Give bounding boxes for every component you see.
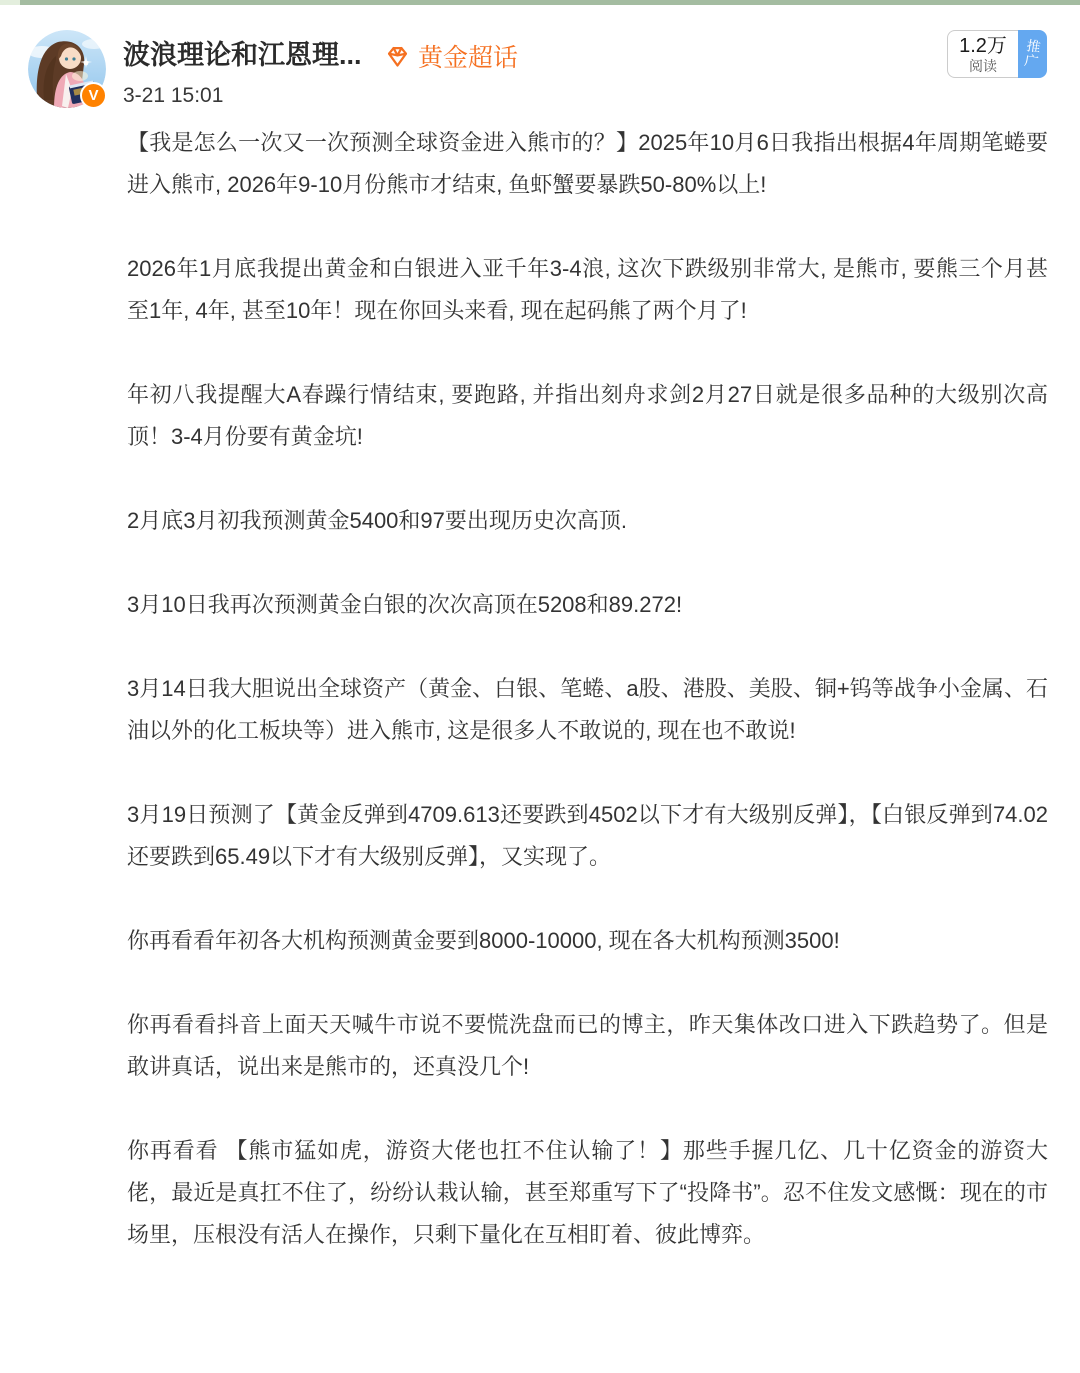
post-paragraph: 2026年1月底我提出黄金和白银进入亚千年3-4浪, 这次下跌级别非常大, 是熊… xyxy=(127,248,1048,332)
post-paragraph: 2月底3月初我预测黄金5400和97要出现历史次高顶. xyxy=(127,500,1048,542)
post-paragraph: 你再看看抖音上面天天喊牛市说不要慌洗盘而已的博主，昨天集体改口进入下跌趋势了。但… xyxy=(127,1004,1048,1088)
supertopic-label: 黄金超话 xyxy=(418,38,518,74)
reads-count: 1.2万 xyxy=(959,35,1007,58)
reads-counter: 1.2万 阅读 xyxy=(947,30,1018,78)
post-paragraph: 3月14日我大胆说出全球资产（黄金、白银、笔蜷、a股、港股、美股、铜+钨等战争小… xyxy=(127,668,1048,752)
post-paragraph: 【我是怎么一次又一次预测全球资金进入熊市的？】2025年10月6日我指出根据4年… xyxy=(127,122,1048,206)
post-paragraph: 你再看看年初各大机构预测黄金要到8000-10000, 现在各大机构预测3500… xyxy=(127,920,1048,962)
post-paragraph: 年初八我提醒大A春躁行情结束, 要跑路, 并指出刻舟求剑2月27日就是很多品种的… xyxy=(127,374,1048,458)
promote-button[interactable]: 推广 xyxy=(1018,30,1047,78)
username[interactable]: 波浪理论和江恩理... xyxy=(123,33,362,72)
browser-top-strip-corner xyxy=(0,0,20,5)
post-body: 【我是怎么一次又一次预测全球资金进入熊市的？】2025年10月6日我指出根据4年… xyxy=(127,122,1048,1298)
post-paragraph: 3月19日预测了【黄金反弹到4709.613还要跌到4502以下才有大级别反弹】… xyxy=(127,794,1048,878)
post-timestamp: 3-21 15:01 xyxy=(123,84,223,108)
verified-icon: V xyxy=(80,82,107,109)
supertopic-link[interactable]: 黄金超话 xyxy=(384,38,518,74)
post-paragraph: 3月10日我再次预测黄金白银的次次高顶在5208和89.272! xyxy=(127,584,1048,626)
browser-top-strip xyxy=(0,0,1080,5)
reads-label: 阅读 xyxy=(969,58,997,74)
post-paragraph: 你再看看 【熊市猛如虎，游资大佬也扛不住认输了！】那些手握几亿、几十亿资金的游资… xyxy=(127,1130,1048,1256)
promote-button-label: 推广 xyxy=(1023,38,1043,70)
reads-widget: 1.2万 阅读 推广 xyxy=(947,30,1047,78)
avatar[interactable]: V xyxy=(28,30,106,108)
supertopic-gem-icon xyxy=(384,43,411,70)
